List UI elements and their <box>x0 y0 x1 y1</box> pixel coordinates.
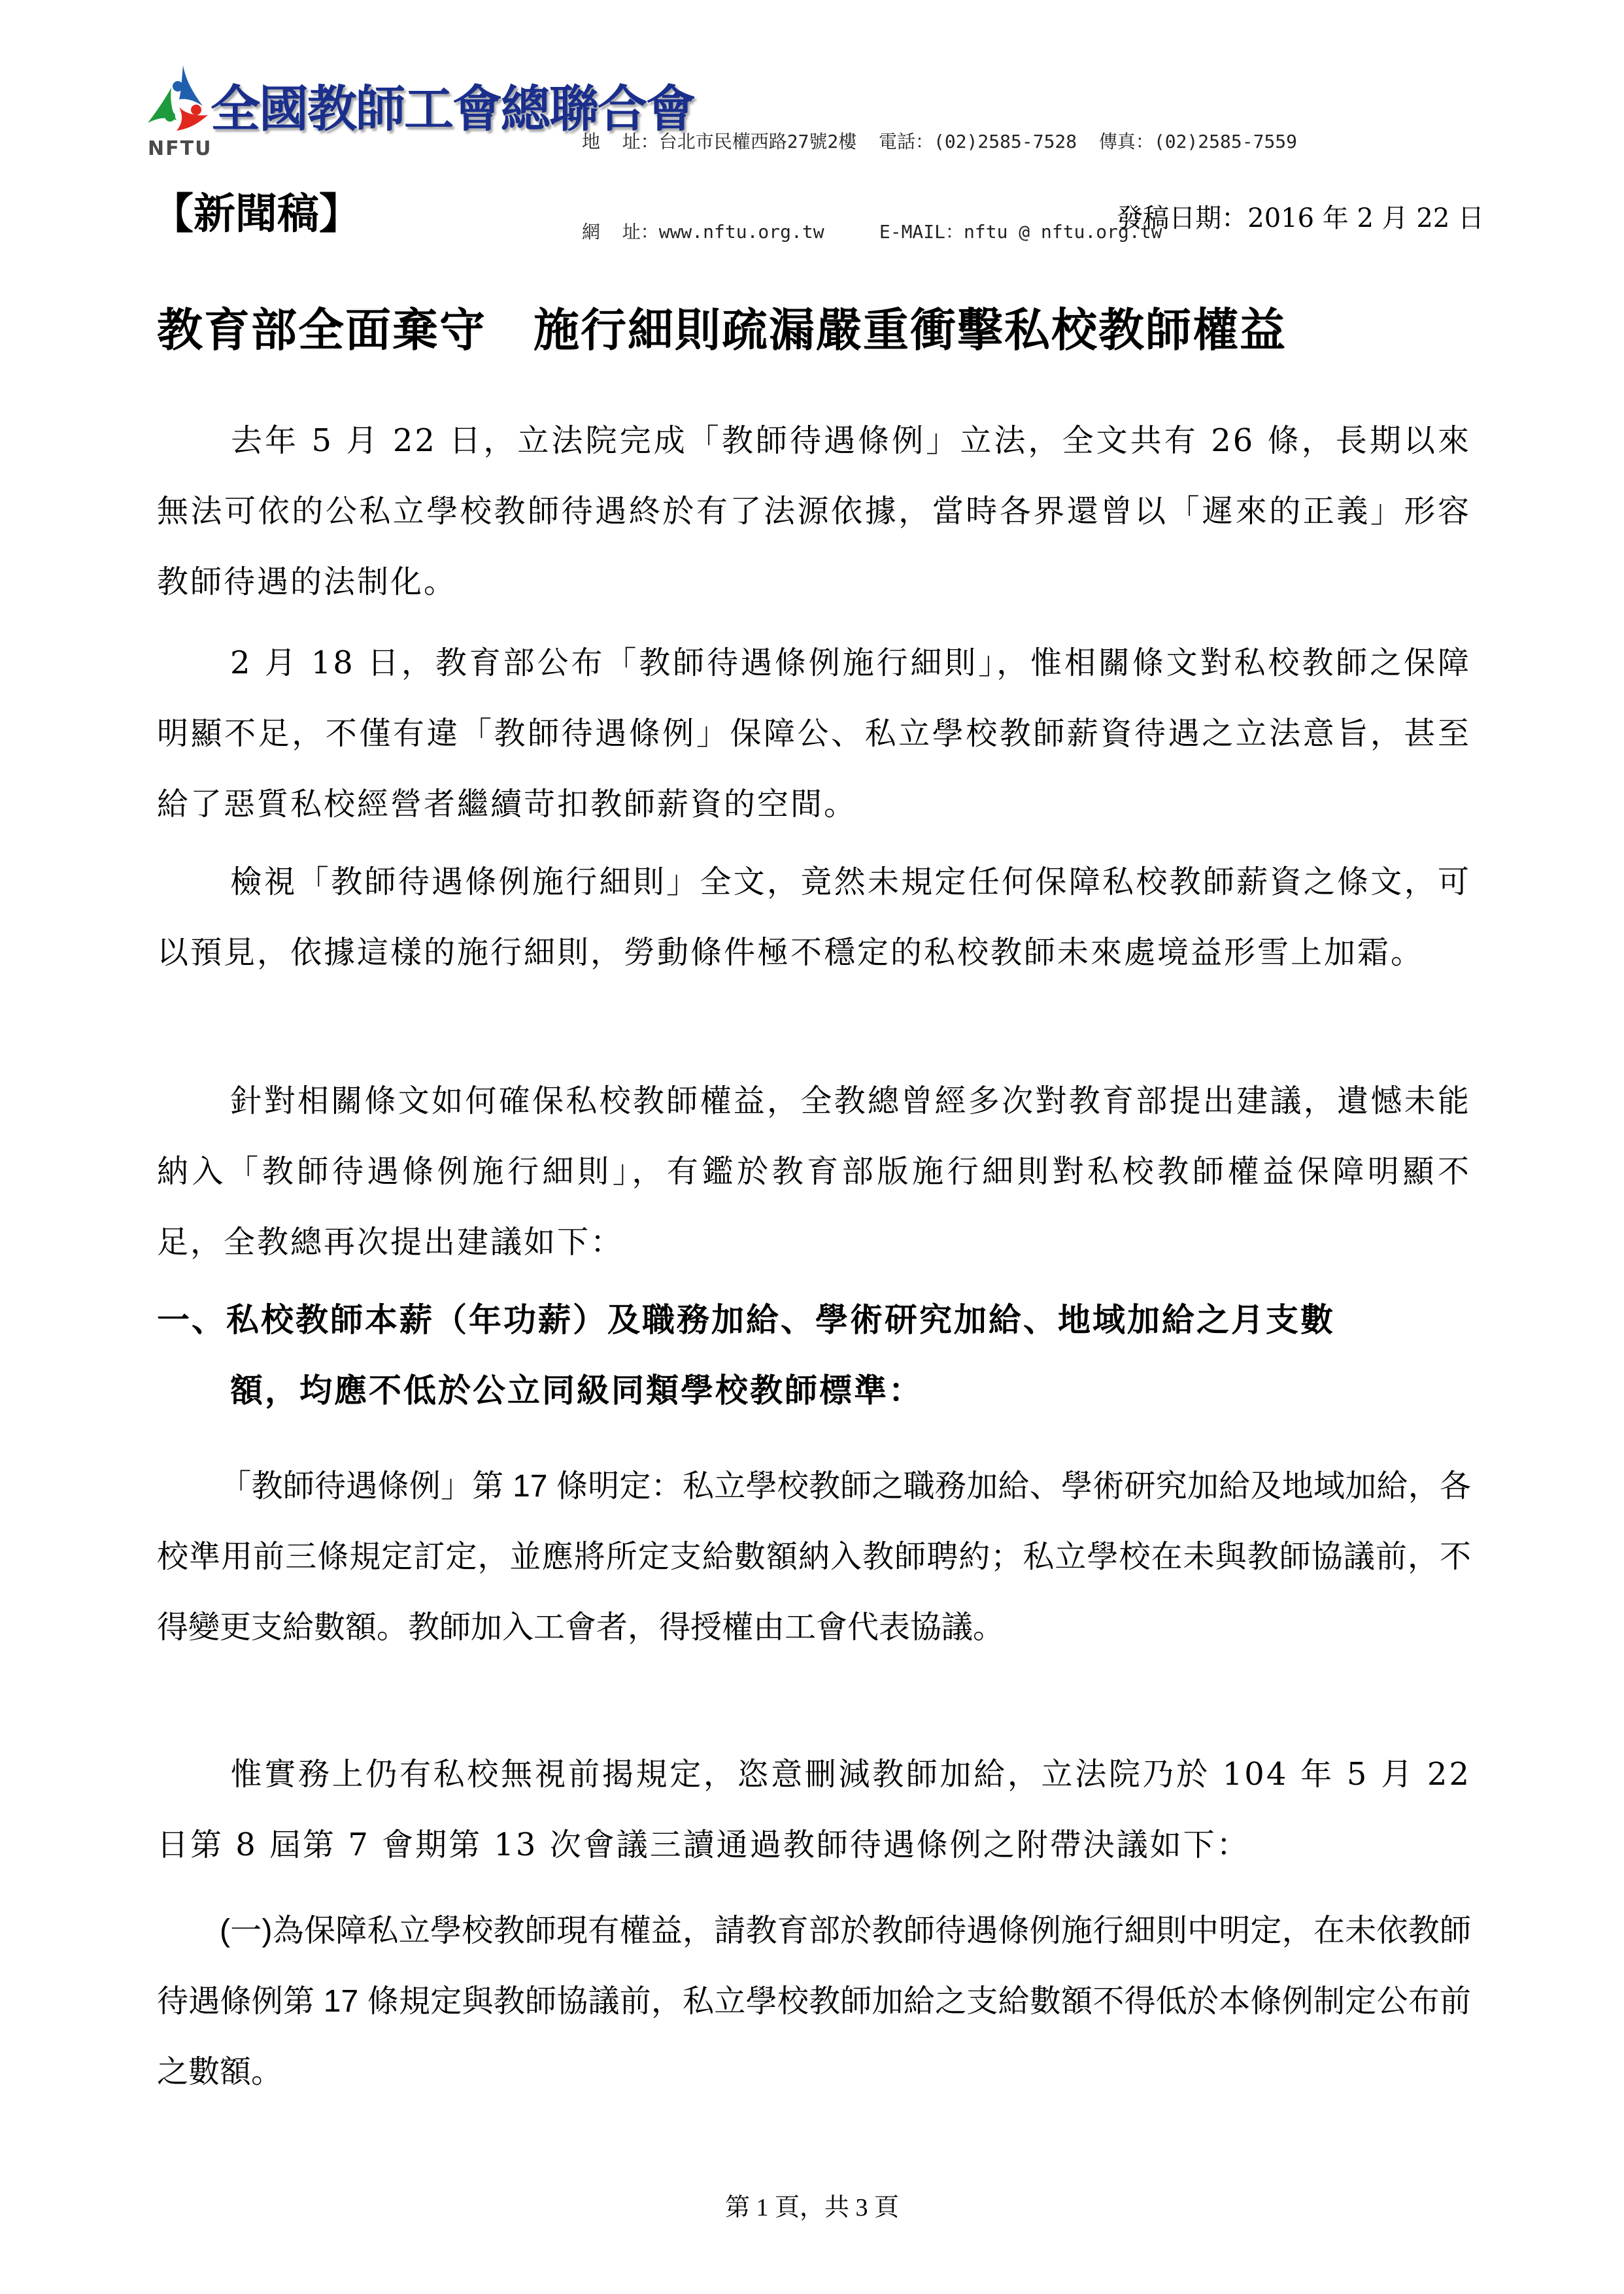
paragraph: 「教師待遇條例」第 17 條明定：私立學校教師之職務加給、學術研究加給及地域加給… <box>157 1451 1471 1663</box>
paragraph-text: 檢視「教師待遇條例施行細則」全文，竟然未規定任何保障私校教師薪資之條文，可以預見… <box>157 864 1471 971</box>
logo-abbreviation: NFTU <box>148 137 212 160</box>
nftu-logo: NFTU 全國教師工會總聯合會 <box>145 60 550 158</box>
section-heading-1: 一、私校教師本薪（年功薪）及職務加給、學術研究加給、地域加給之月支數 額，均應不… <box>157 1285 1471 1426</box>
section-heading-line: 額，均應不低於公立同級同類學校教師標準： <box>157 1355 1471 1426</box>
page-number: 第 1 頁，共 3 頁 <box>0 2187 1624 2223</box>
address-line: 地 址：台北市民權西路27號2樓 電話：(02)2585-7528 傳真：(02… <box>582 127 1297 157</box>
headline: 教育部全面棄守 施行細則疏漏嚴重衝擊私校教師權益 <box>157 297 1287 363</box>
paragraph-text: 「教師待遇條例」第 17 條明定：私立學校教師之職務加給、學術研究加給及地域加給… <box>157 1469 1471 1645</box>
paragraph: 去年 5 月 22 日，立法院完成「教師待遇條例」立法，全文共有 26 條，長期… <box>157 405 1471 617</box>
contact-info: 地 址：台北市民權西路27號2樓 電話：(02)2585-7528 傳真：(02… <box>582 67 1297 307</box>
section-heading-line: 一、私校教師本薪（年功薪）及職務加給、學術研究加給、地域加給之月支數 <box>157 1300 1335 1339</box>
paragraph: 檢視「教師待遇條例施行細則」全文，竟然未規定任何保障私校教師薪資之條文，可以預見… <box>157 847 1471 988</box>
paragraph-text: 針對相關條文如何確保私校教師權益，全教總曾經多次對教育部提出建議，遺憾未能納入「… <box>157 1083 1471 1260</box>
paragraph: 針對相關條文如何確保私校教師權益，全教總曾經多次對教育部提出建議，遺憾未能納入「… <box>157 1066 1471 1277</box>
issue-date: 發稿日期：2016 年 2 月 22 日 <box>1117 200 1484 237</box>
paragraph: 惟實務上仍有私校無視前揭規定，恣意刪減教師加給，立法院乃於 104 年 5 月 … <box>157 1739 1471 1880</box>
paragraph: (一)為保障私立學校教師現有權益，請教育部於教師待遇條例施行細則中明定，在未依教… <box>157 1896 1471 2108</box>
press-release-tag: 【新聞稿】 <box>152 188 361 241</box>
paragraph-text: 惟實務上仍有私校無視前揭規定，恣意刪減教師加給，立法院乃於 104 年 5 月 … <box>157 1756 1471 1863</box>
paragraph-text: 去年 5 月 22 日，立法院完成「教師待遇條例」立法，全文共有 26 條，長期… <box>157 422 1471 600</box>
paragraph-text: (一)為保障私立學校教師現有權益，請教育部於教師待遇條例施行細則中明定，在未依教… <box>157 1914 1471 2089</box>
paragraph-text: 2 月 18 日，教育部公布「教師待遇條例施行細則」，惟相關條文對私校教師之保障… <box>157 645 1471 822</box>
paragraph: 2 月 18 日，教育部公布「教師待遇條例施行細則」，惟相關條文對私校教師之保障… <box>157 628 1471 839</box>
letterhead: NFTU 全國教師工會總聯合會 地 址：台北市民權西路27號2樓 電話：(02)… <box>145 60 1492 158</box>
